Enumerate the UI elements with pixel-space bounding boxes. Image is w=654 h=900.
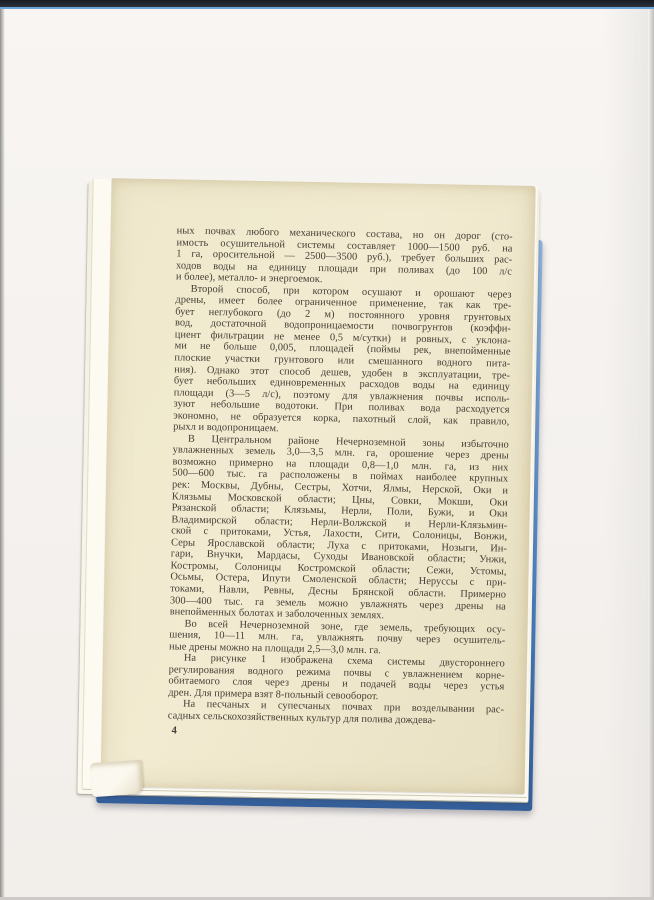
- paragraph: Второй способ, при котором осушают и оро…: [173, 283, 512, 439]
- paragraph: На песчаных и супесчаных почвах при возд…: [168, 699, 504, 728]
- book-page: ных почвах любого механического состава,…: [101, 178, 536, 794]
- scanner-right-shading: [604, 0, 648, 900]
- scanner-top-bar-highlight: [0, 7, 654, 9]
- paragraph: ных почвах любого механического состава,…: [176, 225, 513, 289]
- scanner-right-edge: [648, 0, 654, 900]
- scanner-top-bar: [0, 0, 654, 7]
- scanner-left-edge: [0, 0, 5, 900]
- corner-fold: [90, 760, 144, 798]
- paragraph: На рисунке 1 изображена схема системы дв…: [168, 653, 505, 705]
- page-text: ных почвах любого механического состава,…: [167, 225, 512, 742]
- paragraph: В Центральном районе Нечерноземной зоны …: [170, 433, 509, 624]
- book: ных почвах любого механического состава,…: [84, 172, 543, 808]
- page-number: 4: [167, 725, 503, 743]
